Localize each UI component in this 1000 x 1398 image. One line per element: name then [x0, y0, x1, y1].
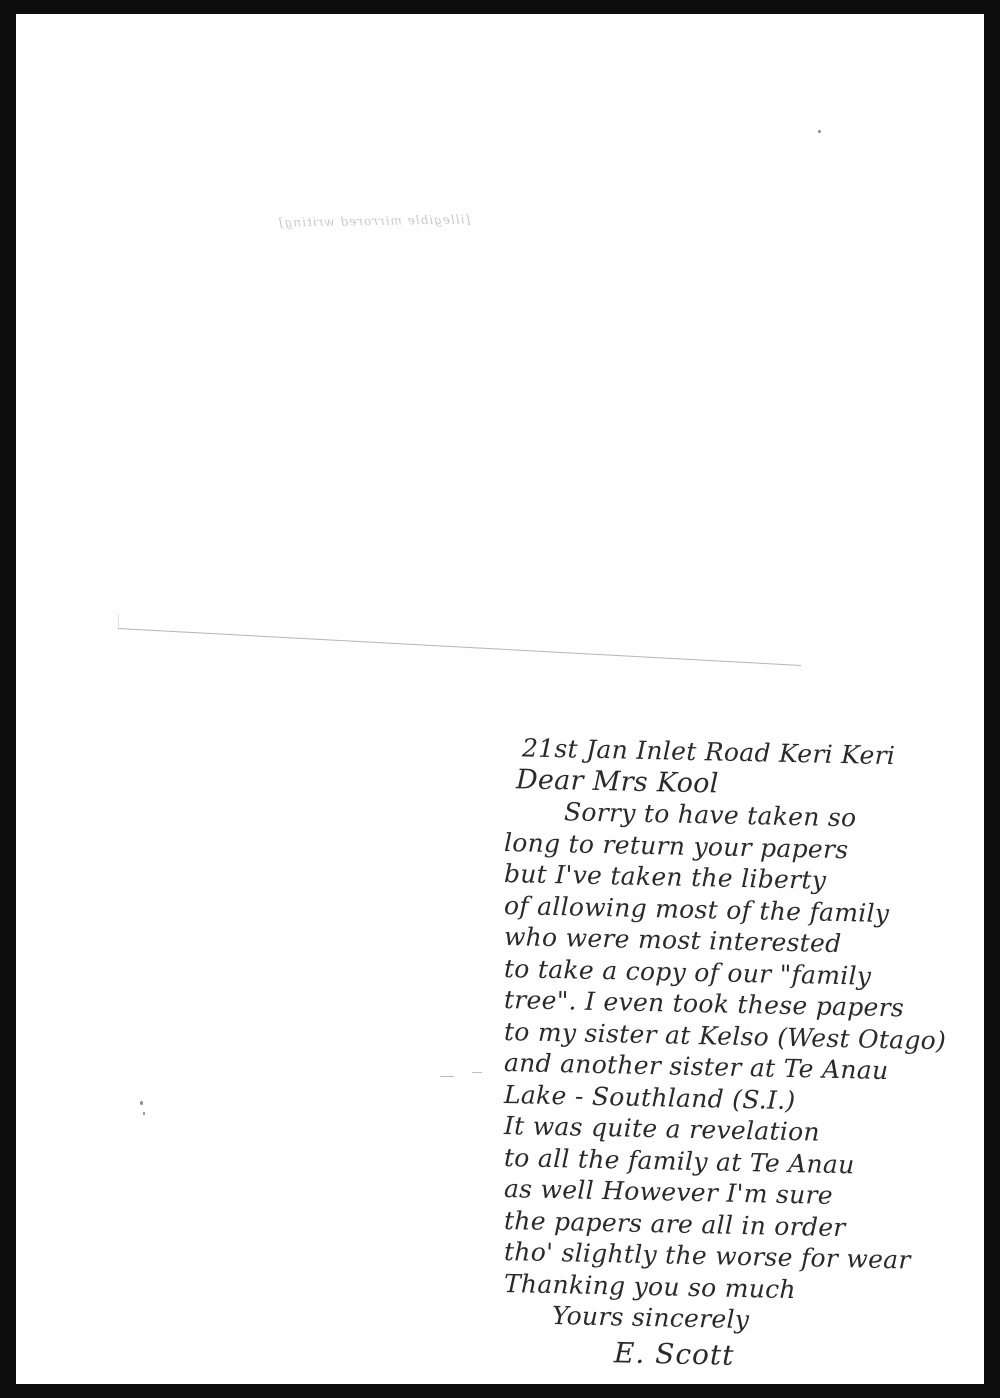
- paper-edge-mark: [118, 614, 119, 628]
- paper-edge-line: [118, 628, 801, 666]
- letter-signature: E. Scott: [504, 1335, 975, 1376]
- speck: [140, 1101, 143, 1105]
- bleed-through-text: [illegible mirrored writing]: [278, 212, 470, 229]
- speck: [818, 130, 821, 133]
- speck: [143, 1112, 145, 1115]
- speck: [472, 1072, 482, 1073]
- speck: [440, 1076, 454, 1077]
- handwritten-letter: 21st Jan Inlet Road Keri Keri Dear Mrs K…: [504, 732, 974, 1366]
- scanned-page: [illegible mirrored writing] 21st Jan In…: [16, 14, 984, 1384]
